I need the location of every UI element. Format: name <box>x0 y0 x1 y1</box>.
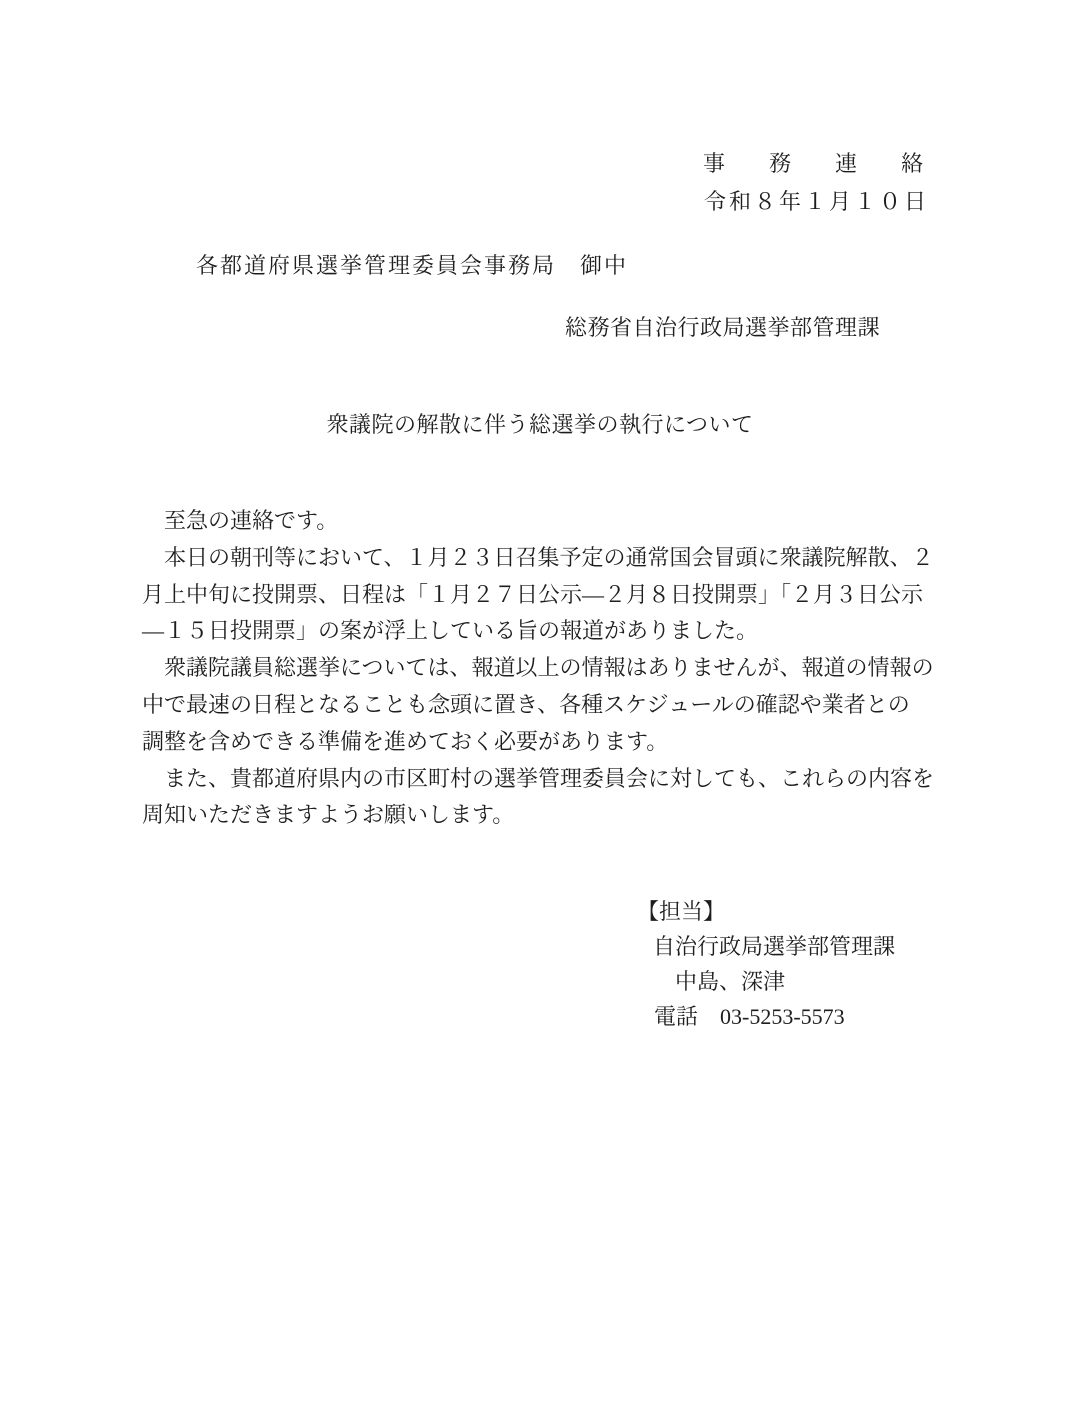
doc-type-label: 事 務 連 絡 <box>703 147 934 178</box>
recipient-line: 各都道府県選挙管理委員会事務局 御中 <box>196 249 628 280</box>
body-line: 衆議院議員総選挙については、報道以上の情報はありませんが、報道の情報の <box>142 650 952 687</box>
body-text: 至急の連絡です。 本日の朝刊等において、１月２３日召集予定の通常国会冒頭に衆議院… <box>142 503 952 834</box>
doc-date: 令和８年１月１０日 <box>704 185 929 216</box>
contact-block: 【担当】 自治行政局選挙部管理課 中島、深津 電話 03-5253-5573 <box>637 894 895 1034</box>
body-line: また、貴都道府県内の市区町村の選挙管理委員会に対しても、これらの内容を <box>142 761 952 798</box>
body-line: 至急の連絡です。 <box>142 503 952 540</box>
body-line: 月上中旬に投開票、日程は「１月２７日公示―２月８日投開票」「２月３日公示 <box>142 577 952 614</box>
contact-staff-names: 中島、深津 <box>675 964 895 999</box>
contact-phone: 電話 03-5253-5573 <box>654 999 895 1034</box>
body-line: 中で最速の日程となることも念頭に置き、各種スケジュールの確認や業者との <box>142 687 952 724</box>
contact-department: 自治行政局選挙部管理課 <box>653 929 895 964</box>
sender-line: 総務省自治行政局選挙部管理課 <box>565 311 880 342</box>
body-line: ―１５日投開票」の案が浮上している旨の報道がありました。 <box>142 613 952 650</box>
document-title: 衆議院の解散に伴う総選挙の執行について <box>0 408 1080 439</box>
body-line: 周知いただきますようお願いします。 <box>142 797 952 834</box>
document-page: 事 務 連 絡 令和８年１月１０日 各都道府県選挙管理委員会事務局 御中 総務省… <box>0 0 1080 1405</box>
body-line: 本日の朝刊等において、１月２３日召集予定の通常国会冒頭に衆議院解散、２ <box>142 540 952 577</box>
contact-heading: 【担当】 <box>637 894 895 929</box>
body-line: 調整を含めできる準備を進めておく必要があります。 <box>142 724 952 761</box>
